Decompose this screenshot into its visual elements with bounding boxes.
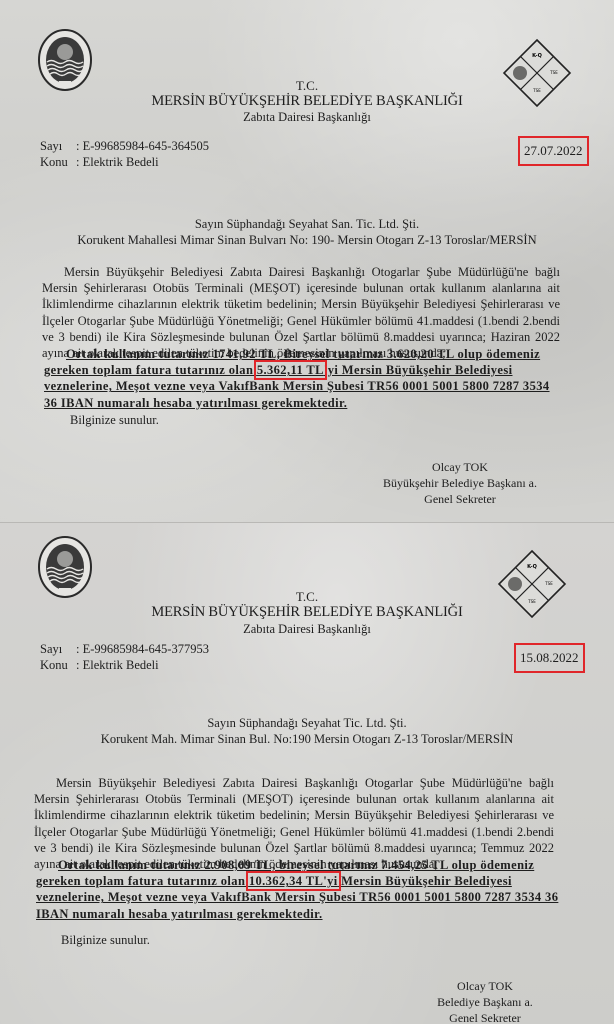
organization-title: MERSİN BÜYÜKŞEHİR BELEDİYE BAŞKANLIĞI bbox=[0, 604, 614, 621]
document-date: 27.07.2022 bbox=[518, 136, 589, 166]
department-title: Zabıta Dairesi Başkanlığı bbox=[0, 110, 614, 125]
signatory-role: Genel Sekreter bbox=[400, 1010, 570, 1024]
svg-text:K-Q: K-Q bbox=[532, 53, 542, 59]
addressee-name: Sayın Süphandağı Seyahat Tic. Ltd. Şti. bbox=[0, 715, 614, 731]
konu-label: Konu bbox=[40, 154, 76, 170]
closing-line: Bilginize sunulur. bbox=[70, 413, 159, 428]
signature-block: Olcay TOK Büyükşehir Belediye Başkanı a.… bbox=[370, 459, 550, 507]
letter-2: K-Q TSE TSE T.C. MERSİN BÜYÜKŞEHİR BELED… bbox=[0, 522, 614, 1024]
sayi-value: : E-99685984-645-364505 bbox=[76, 139, 209, 153]
addressee: Sayın Süphandağı Seyahat San. Tic. Ltd. … bbox=[0, 216, 614, 248]
addressee-address: Korukent Mahallesi Mimar Sinan Bulvarı N… bbox=[0, 232, 614, 248]
sayi-row: Sayı: E-99685984-645-377953 bbox=[40, 641, 209, 657]
tc-heading: T.C. bbox=[0, 589, 614, 605]
sayi-row: Sayı: E-99685984-645-364505 bbox=[40, 138, 209, 154]
svg-text:K-Q: K-Q bbox=[527, 564, 537, 570]
signature-block: Olcay TOK Belediye Başkanı a. Genel Sekr… bbox=[400, 978, 570, 1024]
tc-heading: T.C. bbox=[0, 78, 614, 94]
svg-text:TSE: TSE bbox=[549, 70, 558, 75]
department-title: Zabıta Dairesi Başkanlığı bbox=[0, 622, 614, 637]
letter-1: K-Q TSE TSE T.C. MERSİN BÜYÜKŞEHİR BELED… bbox=[0, 0, 614, 522]
document-meta: Sayı: E-99685984-645-377953 Konu: Elektr… bbox=[40, 641, 209, 673]
konu-row: Konu: Elektrik Bedeli bbox=[40, 657, 209, 673]
konu-row: Konu: Elektrik Bedeli bbox=[40, 154, 209, 170]
sayi-value: : E-99685984-645-377953 bbox=[76, 642, 209, 656]
closing-line: Bilginize sunulur. bbox=[61, 933, 150, 948]
signatory-title: Belediye Başkanı a. bbox=[400, 994, 570, 1010]
payment-total-highlight: 5.362,11 TL bbox=[257, 363, 324, 377]
organization-title: MERSİN BÜYÜKŞEHİR BELEDİYE BAŞKANLIĞI bbox=[0, 93, 614, 110]
sayi-label: Sayı bbox=[40, 641, 76, 657]
addressee-name: Sayın Süphandağı Seyahat San. Tic. Ltd. … bbox=[0, 216, 614, 232]
signatory-name: Olcay TOK bbox=[370, 459, 550, 475]
document-meta: Sayı: E-99685984-645-364505 Konu: Elektr… bbox=[40, 138, 209, 170]
konu-value: : Elektrik Bedeli bbox=[76, 155, 159, 169]
konu-label: Konu bbox=[40, 657, 76, 673]
sayi-label: Sayı bbox=[40, 138, 76, 154]
payment-total-highlight: 10.362,34 TL'yi bbox=[249, 874, 338, 888]
addressee-address: Korukent Mah. Mimar Sinan Bul. No:190 Me… bbox=[0, 731, 614, 747]
addressee: Sayın Süphandağı Seyahat Tic. Ltd. Şti. … bbox=[0, 715, 614, 747]
payment-paragraph: Ortak kullanım tutarınız 2.908,09 TL, bi… bbox=[36, 857, 560, 922]
signatory-role: Genel Sekreter bbox=[370, 491, 550, 507]
konu-value: : Elektrik Bedeli bbox=[76, 658, 159, 672]
payment-paragraph: Ortak kullanım tutarınız 1741,92 TL, Bir… bbox=[44, 346, 564, 411]
signatory-name: Olcay TOK bbox=[400, 978, 570, 994]
signatory-title: Büyükşehir Belediye Başkanı a. bbox=[370, 475, 550, 491]
svg-text:TSE: TSE bbox=[544, 581, 553, 586]
document-date: 15.08.2022 bbox=[514, 643, 585, 673]
